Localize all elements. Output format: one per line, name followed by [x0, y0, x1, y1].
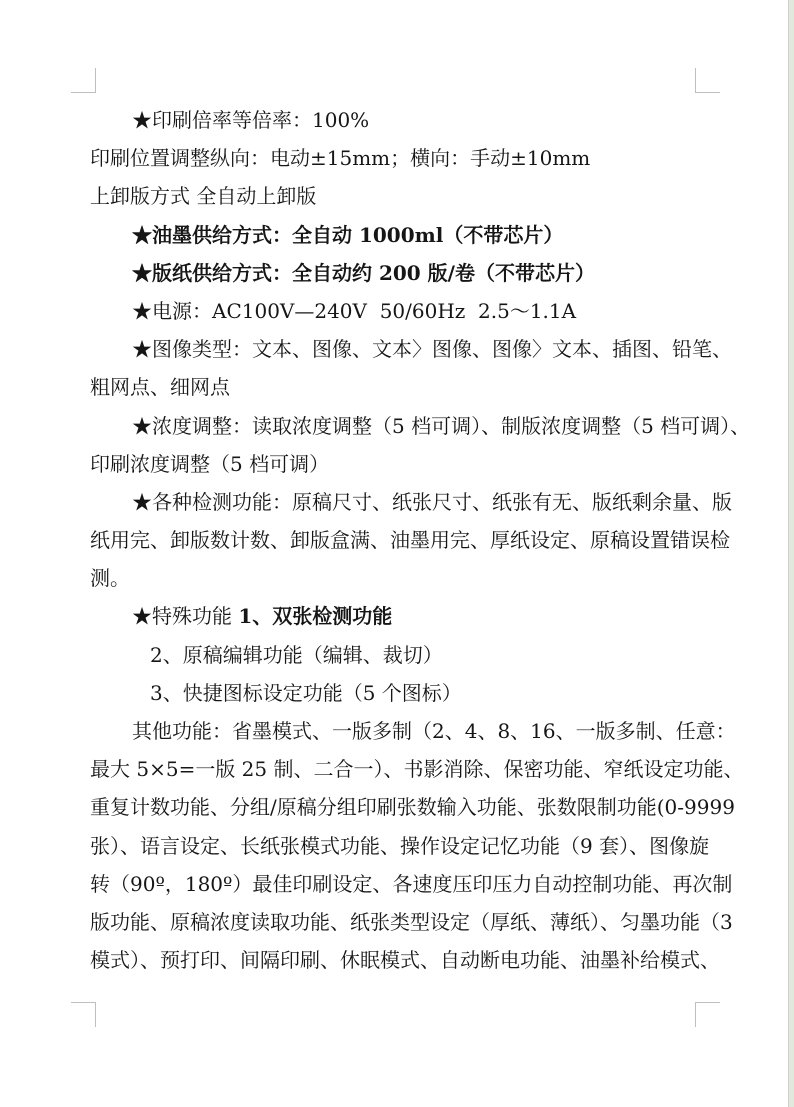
document-page: { "page": { "background": "#ffffff", "ed… — [0, 0, 794, 1107]
margin-crop-mark-bottom-right — [695, 1002, 720, 1027]
text-line: ★特殊功能 1、双张检测功能 — [90, 597, 734, 635]
text-line: 粗网点、细网点 — [90, 368, 734, 406]
text-line: ★油墨供给方式：全自动 1000ml（不带芯片） — [90, 216, 734, 254]
text-line: 上卸版方式 全自动上卸版 — [90, 177, 734, 215]
text-line: 3、快捷图标设定功能（5 个图标） — [90, 674, 734, 712]
text-line: 转（90º，180º）最佳印刷设定、各速度压印压力自动控制功能、再次制 — [90, 865, 734, 903]
text-segment-bold: 1、双张检测功能 — [238, 604, 392, 628]
text-line: 版功能、原稿浓度读取功能、纸张类型设定（厚纸、薄纸）、匀墨功能（3 — [90, 903, 734, 941]
text-line: ★各种检测功能：原稿尺寸、纸张尺寸、纸张有无、版纸剩余量、版 — [90, 483, 734, 521]
text-line: 印刷位置调整纵向：电动±15mm；横向：手动±10mm — [90, 139, 734, 177]
window-edge-strip — [788, 0, 794, 1107]
margin-crop-mark-top-right — [695, 68, 720, 93]
text-line: 印刷浓度调整（5 档可调） — [90, 445, 734, 483]
text-segment: ★特殊功能 — [132, 604, 238, 628]
text-line: 测。 — [90, 559, 734, 597]
text-line: 纸用完、卸版数计数、卸版盒满、油墨用完、厚纸设定、原稿设置错误检 — [90, 521, 734, 559]
margin-crop-mark-top-left — [71, 68, 96, 93]
text-line: ★印刷倍率等倍率：100% — [90, 101, 734, 139]
text-line: ★图像类型：文本、图像、文本〉图像、图像〉文本、插图、铅笔、 — [90, 330, 734, 368]
text-line: 最大 5×5=一版 25 制、二合一）、书影消除、保密功能、窄纸设定功能、 — [90, 750, 734, 788]
text-line: 2、原稿编辑功能（编辑、裁切） — [90, 636, 734, 674]
text-line: 其他功能：省墨模式、一版多制（2、4、8、16、一版多制、任意： — [90, 712, 734, 750]
document-text-block: ★印刷倍率等倍率：100% 印刷位置调整纵向：电动±15mm；横向：手动±10m… — [90, 101, 734, 979]
text-line: ★版纸供给方式：全自动约 200 版/卷（不带芯片） — [90, 254, 734, 292]
margin-crop-mark-bottom-left — [71, 1002, 96, 1027]
text-line: 张）、语言设定、长纸张模式功能、操作设定记忆功能（9 套）、图像旋 — [90, 827, 734, 865]
text-line: 模式）、预打印、间隔印刷、休眠模式、自动断电功能、油墨补给模式、 — [90, 941, 734, 979]
text-line: ★浓度调整：读取浓度调整（5 档可调）、制版浓度调整（5 档可调）、 — [90, 407, 734, 445]
text-line: 重复计数功能、分组/原稿分组印刷张数输入功能、张数限制功能(0-9999 — [90, 788, 734, 826]
text-line: ★电源：AC100V—240V 50/60Hz 2.5～1.1A — [90, 292, 734, 330]
